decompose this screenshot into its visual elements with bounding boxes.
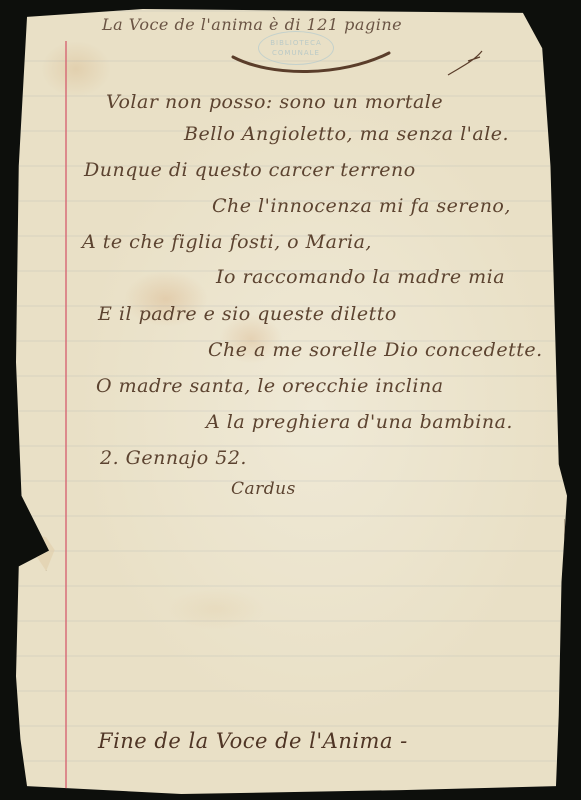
stamp-line-1: BIBLIOTECA bbox=[259, 38, 333, 48]
edge-fold bbox=[564, 519, 575, 589]
manuscript-page: BIBLIOTECA COMUNALE La Voce de l'anima è… bbox=[16, 9, 567, 794]
poem-line-3: Dunque di questo carcer terreno bbox=[84, 159, 416, 181]
closing-line: Fine de la Voce de l'Anima - bbox=[98, 729, 408, 753]
signature: Cardus bbox=[231, 479, 296, 499]
poem-line-10: A la preghiera d'una bambina. bbox=[206, 411, 513, 433]
flourish-mark-icon bbox=[446, 47, 486, 77]
poem-line-7: E il padre e sio queste diletto bbox=[98, 303, 397, 325]
poem-line-8: Che a me sorelle Dio concedette. bbox=[208, 339, 543, 361]
poem-line-1: Volar non posso: sono un mortale bbox=[106, 91, 443, 113]
poem-line-6: Io raccomando la madre mia bbox=[216, 266, 505, 288]
poem-line-4: Che l'innocenza mi fa sereno, bbox=[212, 195, 511, 217]
poem-line-9: O madre santa, le orecchie inclina bbox=[96, 375, 444, 397]
header-note: La Voce de l'anima è di 121 pagine bbox=[102, 15, 402, 34]
poem-line-5: A te che figlia fosti, o Maria, bbox=[82, 231, 372, 253]
date-line: 2. Gennajo 52. bbox=[100, 447, 247, 469]
poem-line-2: Bello Angioletto, ma senza l'ale. bbox=[184, 123, 509, 145]
margin-line bbox=[65, 41, 67, 794]
flourish-underline-icon bbox=[231, 49, 391, 79]
